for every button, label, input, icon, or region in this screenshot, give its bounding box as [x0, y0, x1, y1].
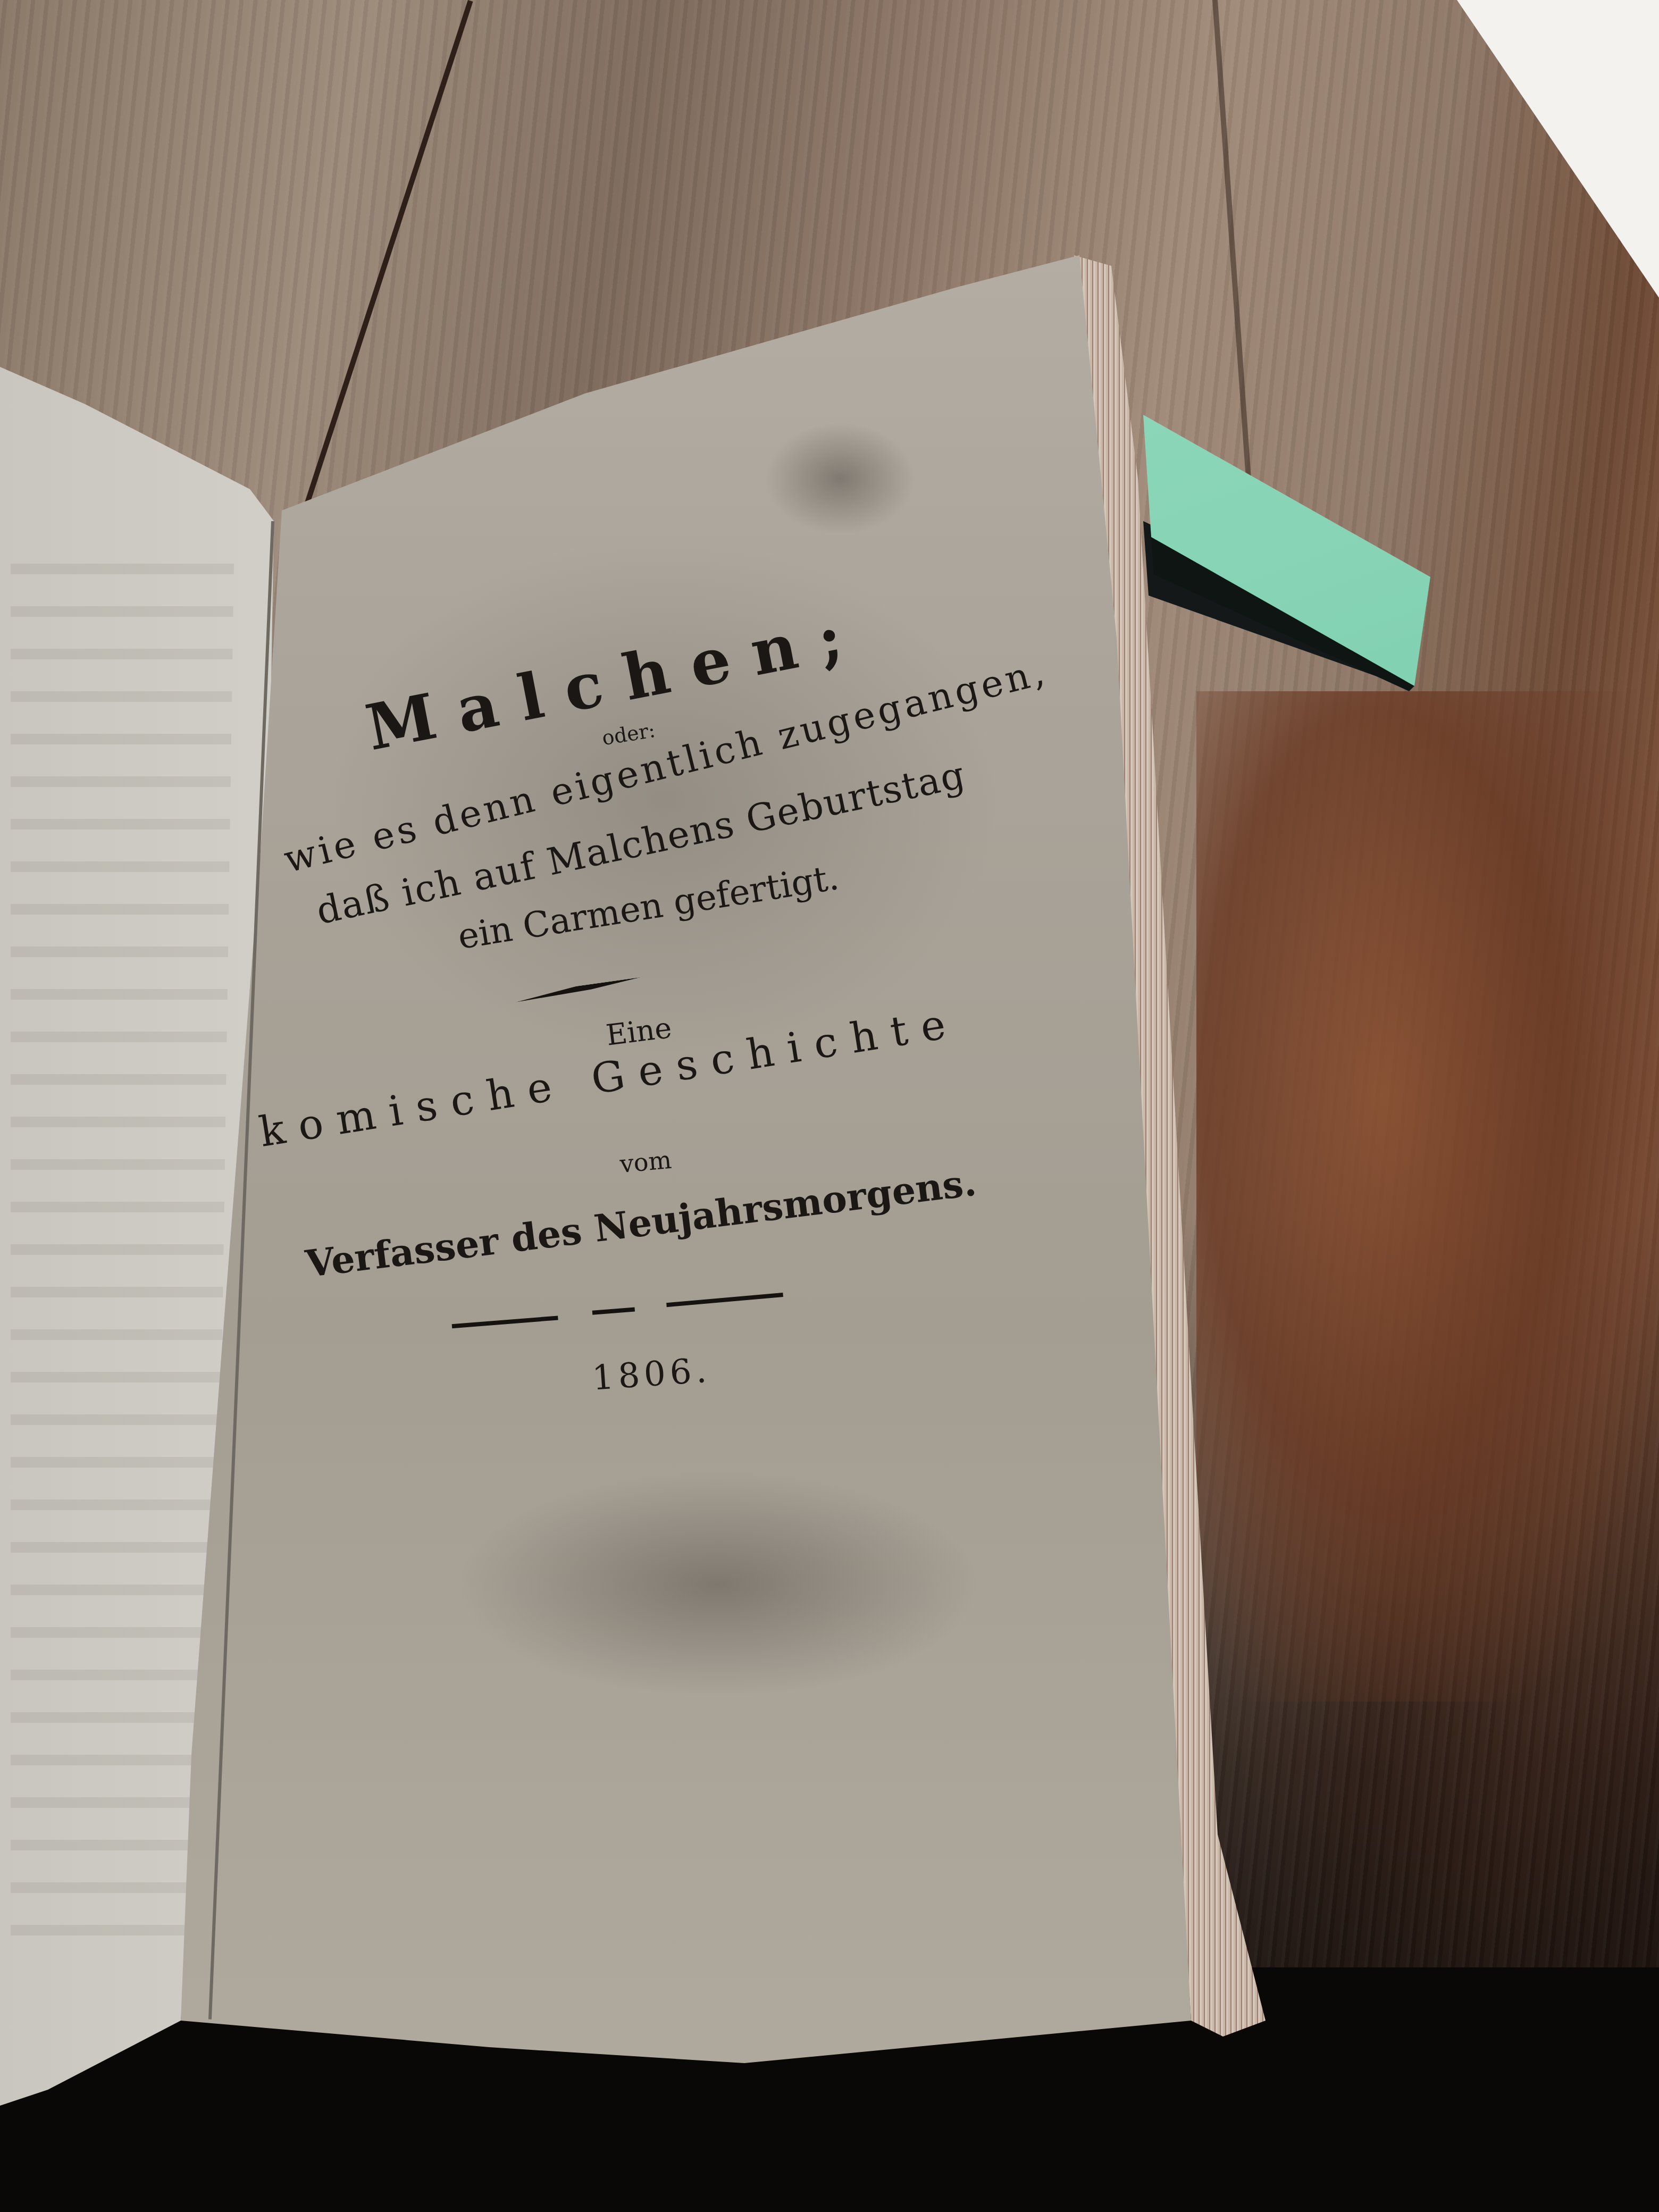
- divider-rule: [452, 1316, 558, 1328]
- publication-year: 1806.: [305, 1331, 998, 1419]
- photo-scene: Malchen; oder: wie es denn eigentlich zu…: [0, 0, 1659, 2212]
- divider-rule: [592, 1307, 635, 1314]
- title-page-text: Malchen; oder: wie es denn eigentlich zu…: [266, 593, 1004, 1532]
- wood-stain: [1196, 691, 1659, 1702]
- divider-rule: [666, 1293, 783, 1307]
- ornamental-rule: [514, 977, 642, 1002]
